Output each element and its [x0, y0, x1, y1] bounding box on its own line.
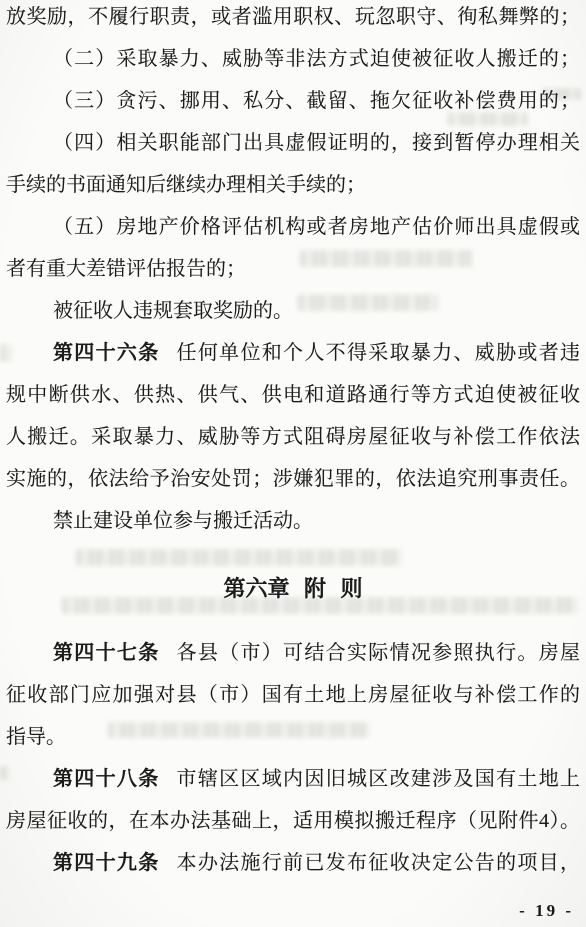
line-text: （五）房地产价格评估机构或者房地产估价师出具虚假或 [53, 216, 580, 238]
page-number: - 19 - [519, 901, 574, 921]
text-line: 放奖励，不履行职责，或者滥用职权、玩忽职守、徇私舞弊的； [6, 0, 580, 38]
text-line: （四）相关职能部门出具虚假证明的，接到暂停办理相关 [6, 122, 580, 164]
text-line: 实施的，依法给予治安处罚；涉嫌犯罪的，依法追究刑事责任。 [6, 458, 580, 500]
text-line: 第四十九条本办法施行前已发布征收决定公告的项目， [6, 842, 580, 884]
line-text: 人搬迁。采取暴力、威胁等方式阻碍房屋征收与补偿工作依法 [6, 426, 580, 448]
line-text: 被征收人违规套取奖励的。 [53, 300, 293, 322]
line-text: 市辖区区域内因旧城区改建涉及国有土地上 [177, 768, 580, 790]
text-line: （三）贪污、挪用、私分、截留、拖欠征收补偿费用的； [6, 80, 580, 122]
line-text: 指导。 [6, 726, 66, 748]
line-text: 实施的，依法给予治安处罚；涉嫌犯罪的，依法追究刑事责任。 [6, 468, 580, 490]
line-text: 本办法施行前已发布征收决定公告的项目， [177, 852, 580, 874]
text-line: 禁止建设单位参与搬迁活动。 [6, 500, 580, 542]
line-text: 各县（市）可结合实际情况参照执行。房屋 [177, 642, 580, 664]
text-line: 征收部门应加强对县（市）国有土地上房屋征收与补偿工作的 [6, 674, 580, 716]
text-line: 者有重大差错评估报告的； [6, 248, 580, 290]
line-text: 任何单位和个人不得采取暴力、威胁或者违 [177, 342, 580, 364]
text-line: 第四十八条市辖区区域内因旧城区改建涉及国有土地上 [6, 758, 580, 800]
article-number: 第四十七条 [53, 642, 160, 664]
text-line: 人搬迁。采取暴力、威胁等方式阻碍房屋征收与补偿工作依法 [6, 416, 580, 458]
text-line: （二）采取暴力、威胁等非法方式迫使被征收人搬迁的； [6, 38, 580, 80]
text-line: 被征收人违规套取奖励的。 [6, 290, 580, 332]
text-line: 规中断供水、供热、供气、供电和道路通行等方式迫使被征收 [6, 374, 580, 416]
line-text: （四）相关职能部门出具虚假证明的，接到暂停办理相关 [53, 132, 580, 154]
text-line: 第四十六条任何单位和个人不得采取暴力、威胁或者违 [6, 332, 580, 374]
text-line: 第四十七条各县（市）可结合实际情况参照执行。房屋 [6, 632, 580, 674]
article-number: 第四十九条 [53, 852, 160, 874]
article-number: 第四十八条 [53, 768, 160, 790]
text-line: 指导。 [6, 716, 580, 758]
line-text: （三）贪污、挪用、私分、截留、拖欠征收补偿费用的； [53, 90, 580, 112]
scanned-document-page: 放奖励，不履行职责，或者滥用职权、玩忽职守、徇私舞弊的； （二）采取暴力、威胁等… [0, 0, 586, 927]
text-line: 房屋征收的，在本办法基础上，适用模拟搬迁程序（见附件4）。 [6, 800, 580, 842]
line-text: 放奖励，不履行职责，或者滥用职权、玩忽职守、徇私舞弊的； [6, 6, 580, 28]
line-text: 房屋征收的，在本办法基础上，适用模拟搬迁程序（见附件4）。 [6, 810, 580, 832]
text-line: （五）房地产价格评估机构或者房地产估价师出具虚假或 [6, 206, 580, 248]
chapter-heading: 第六章 附 则 [6, 568, 580, 610]
document-body: 放奖励，不履行职责，或者滥用职权、玩忽职守、徇私舞弊的； （二）采取暴力、威胁等… [6, 0, 580, 884]
line-text: 征收部门应加强对县（市）国有土地上房屋征收与补偿工作的 [6, 684, 580, 706]
article-number: 第四十六条 [53, 342, 160, 364]
line-text: 禁止建设单位参与搬迁活动。 [53, 510, 313, 532]
line-text: 规中断供水、供热、供气、供电和道路通行等方式迫使被征收 [6, 384, 580, 406]
text-line: 手续的书面通知后继续办理相关手续的； [6, 164, 580, 206]
line-text: 手续的书面通知后继续办理相关手续的； [6, 174, 366, 196]
line-text: 者有重大差错评估报告的； [6, 258, 246, 280]
line-text: （二）采取暴力、威胁等非法方式迫使被征收人搬迁的； [53, 48, 580, 70]
